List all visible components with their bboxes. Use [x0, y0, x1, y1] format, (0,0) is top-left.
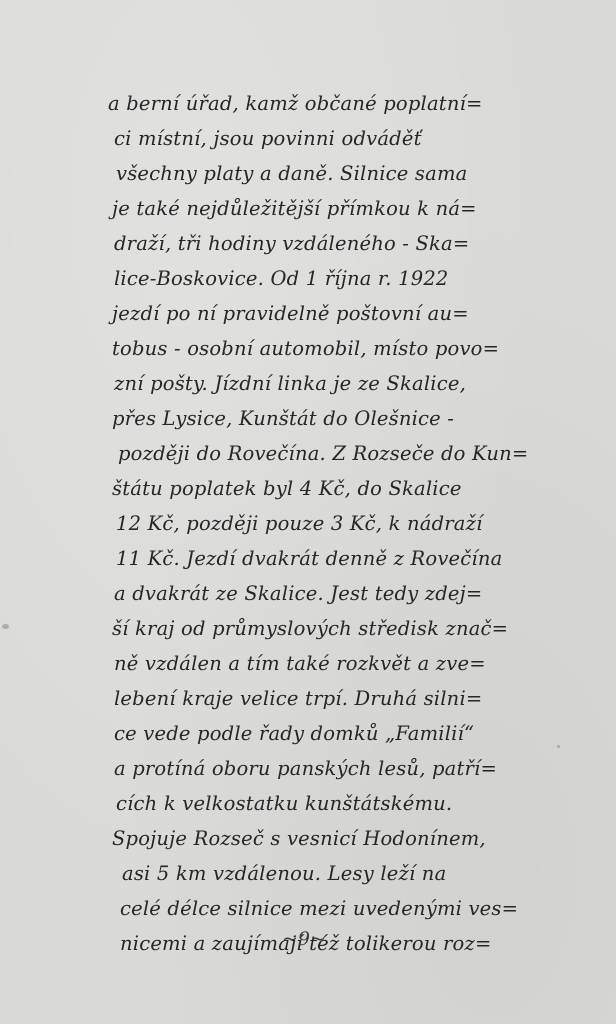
- text-line: přes Lysice, Kunštát do Olešnice -: [112, 407, 454, 430]
- text-line: lebení kraje velice trpí. Druhá silni=: [114, 687, 482, 710]
- text-line: všechny platy a daně. Silnice sama: [116, 162, 467, 185]
- text-line: a dvakrát ze Skalice. Jest tedy zdej=: [114, 582, 482, 605]
- text-line: a berní úřad, kamž občané poplatní=: [108, 92, 483, 115]
- text-line: štátu poplatek byl 4 Kč, do Skalice: [112, 477, 462, 500]
- text-line: později do Rovečína. Z Rozseče do Kun=: [118, 442, 528, 465]
- text-line: celé délce silnice mezi uvedenými ves=: [120, 897, 518, 920]
- text-line: Spojuje Rozseč s vesnicí Hodonínem,: [112, 827, 486, 850]
- paper-blemish: [557, 745, 560, 748]
- text-line: cích k velkostatku kunštátskému.: [116, 792, 452, 815]
- page-number: ~9~: [282, 928, 326, 950]
- manuscript-page: a berní úřad, kamž občané poplatní= ci m…: [0, 0, 616, 1024]
- paper-blemish: [2, 624, 9, 629]
- text-line: 12 Kč, později pouze 3 Kč, k nádraží: [116, 512, 483, 535]
- text-line: ší kraj od průmyslových středisk znač=: [112, 617, 508, 640]
- text-line: a protíná oboru panských lesů, patří=: [114, 757, 497, 780]
- text-line: draží, tři hodiny vzdáleného - Ska=: [114, 232, 469, 255]
- text-line: ce vede podle řady domků „Familií“: [114, 722, 474, 745]
- text-line: ně vzdálen a tím také rozkvět a zve=: [114, 652, 486, 675]
- text-line: lice-Boskovice. Od 1 října r. 1922: [114, 267, 449, 290]
- text-line: tobus - osobní automobil, místo povo=: [112, 337, 499, 360]
- text-line: asi 5 km vzdálenou. Lesy leží na: [122, 862, 446, 885]
- text-line: zní pošty. Jízdní linka je ze Skalice,: [114, 372, 466, 395]
- text-line: ci místní, jsou povinni odváděť: [114, 127, 422, 150]
- text-line: jezdí po ní pravidelně poštovní au=: [112, 302, 469, 325]
- text-line: 11 Kč. Jezdí dvakrát denně z Rovečína: [116, 547, 502, 570]
- text-line: je také nejdůležitější přímkou k ná=: [112, 197, 477, 220]
